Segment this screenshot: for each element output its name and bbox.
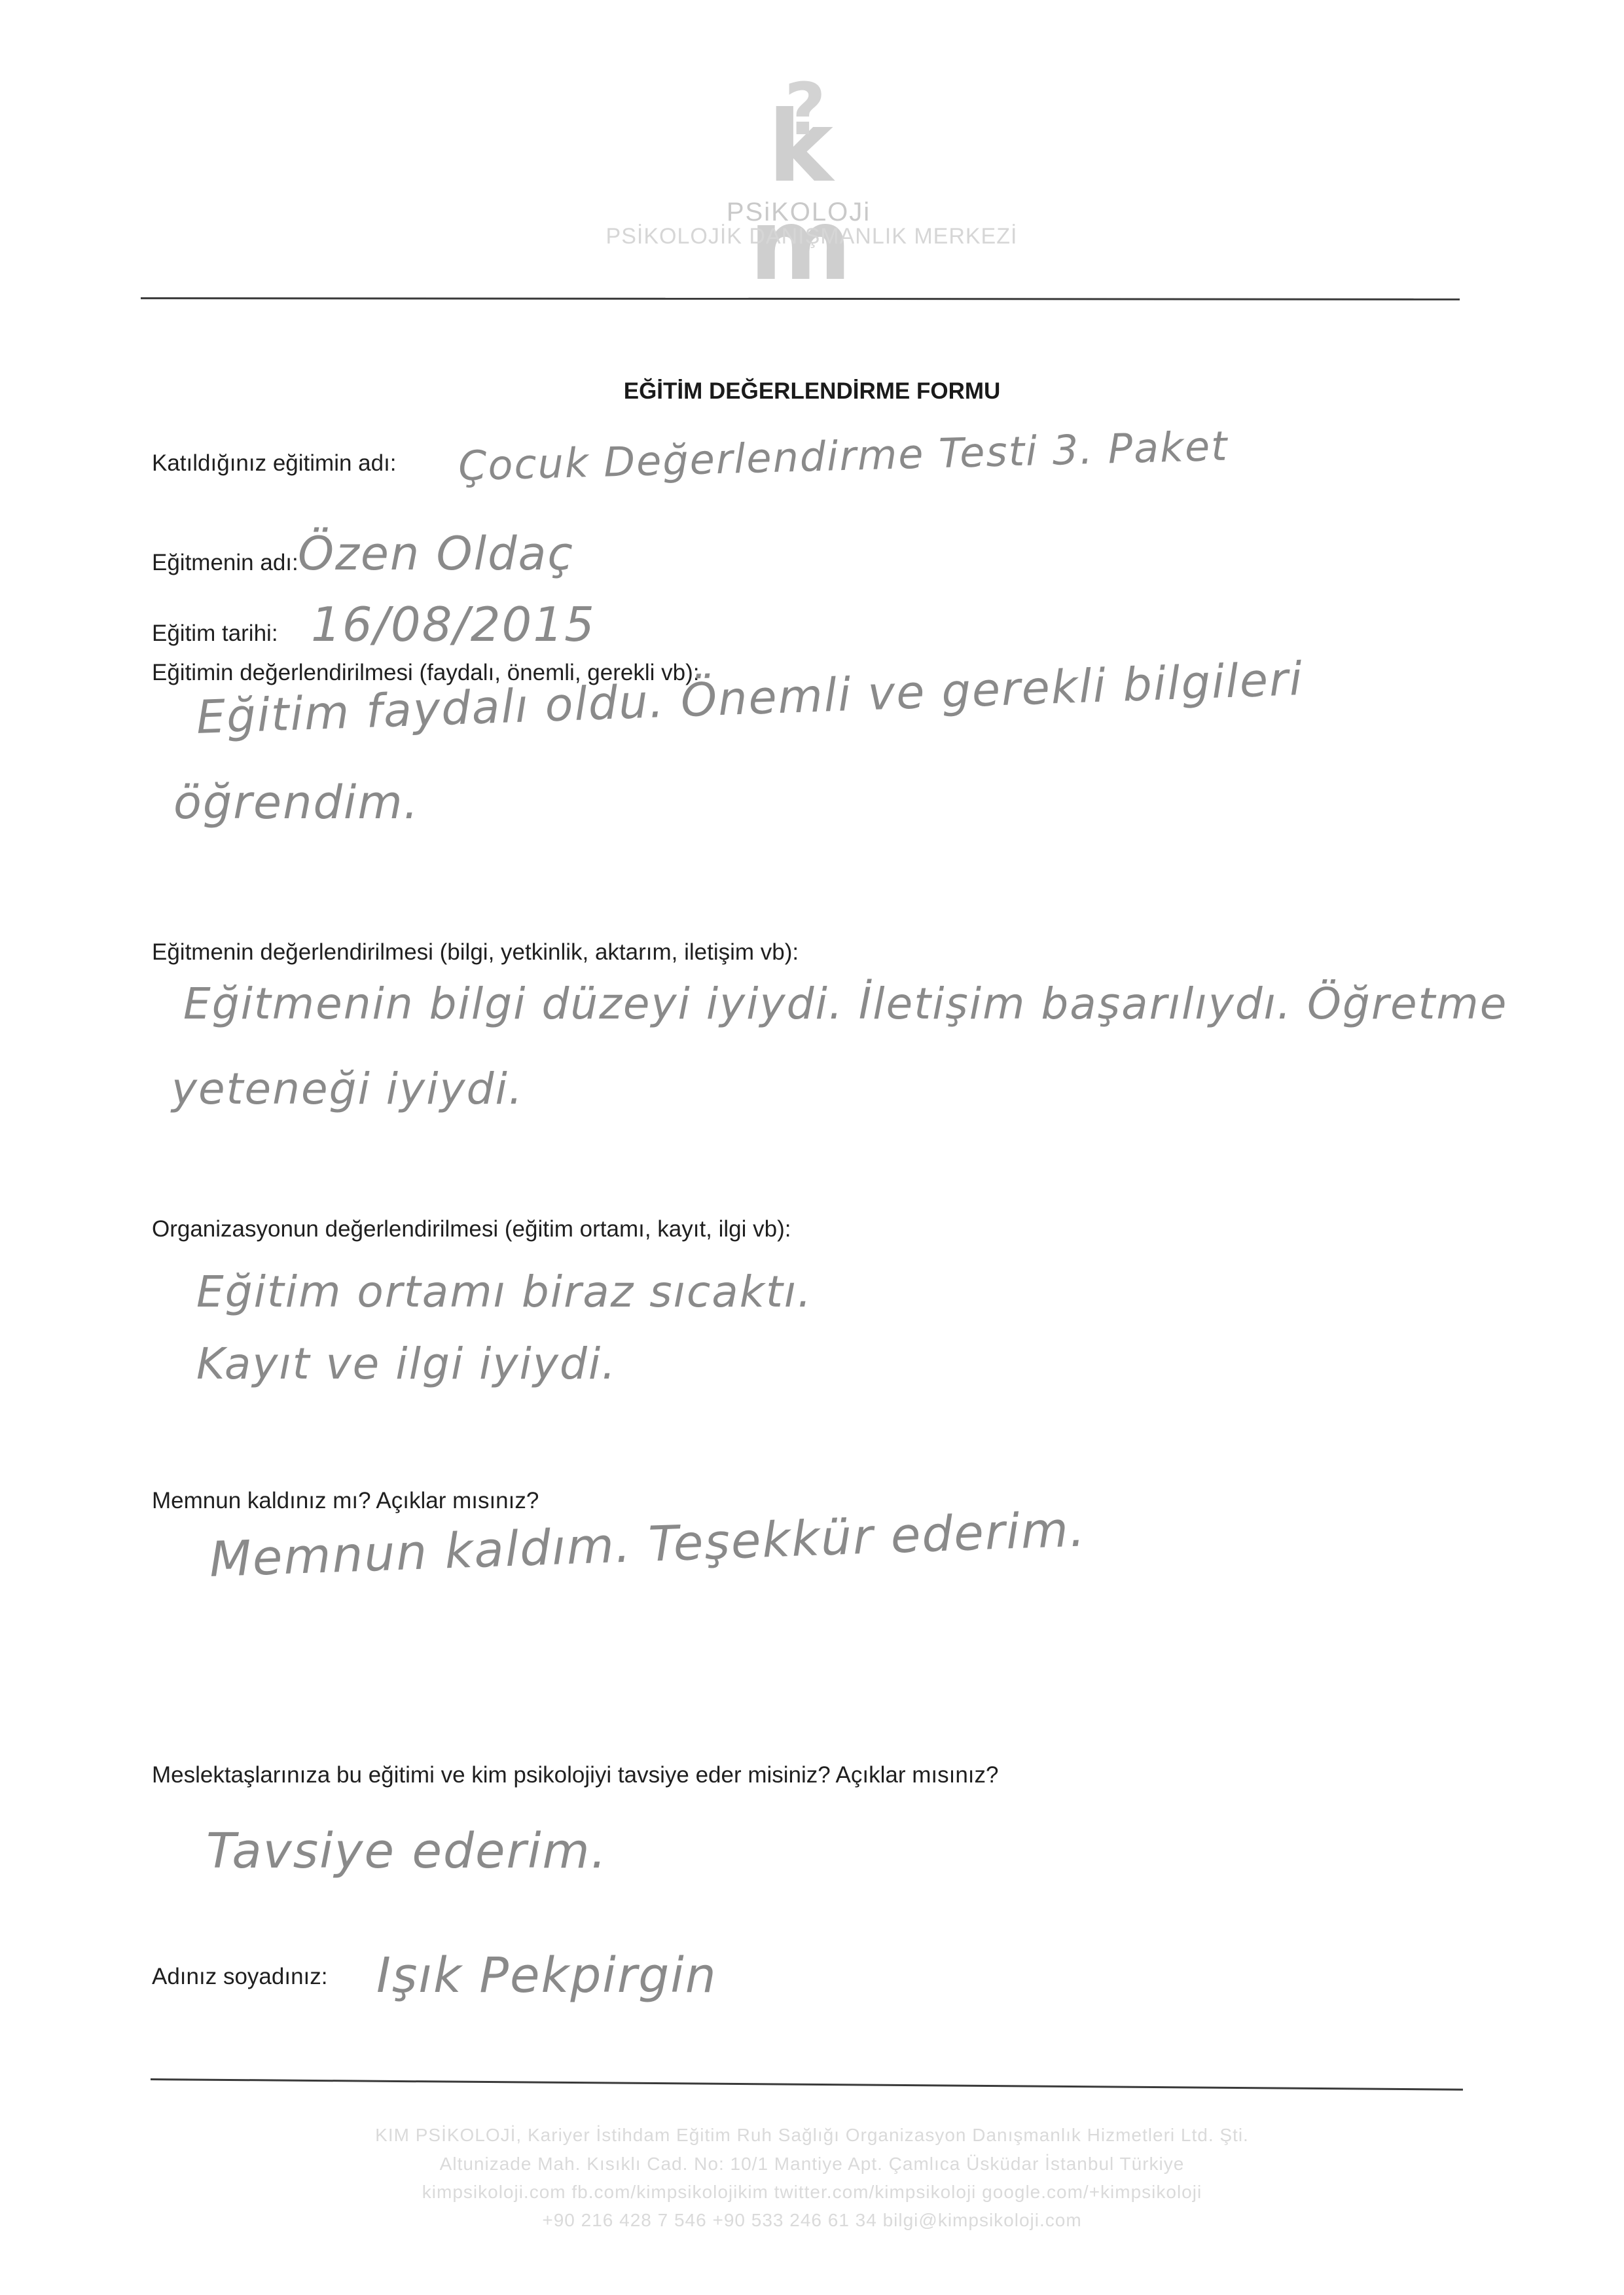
form-title: EĞİTİM DEĞERLENDİRME FORMU (0, 378, 1624, 405)
training-name-value[interactable]: Çocuk Değerlendirme Testi 3. Paket (458, 422, 1229, 490)
trainer-evaluation-line[interactable]: yeteneği iyiydi. (171, 1064, 524, 1114)
organization-evaluation-line[interactable]: Kayıt ve ilgi iyiydi. (196, 1339, 617, 1389)
training-date-value[interactable]: 16/08/2015 (311, 597, 596, 652)
training-evaluation-line[interactable]: öğrendim. (173, 776, 420, 829)
logo-name: PSiKOLOJi (694, 198, 903, 227)
trainer-evaluation-line[interactable]: Eğitmenin bilgi düzeyi iyiydi. İletişim … (183, 979, 1507, 1029)
logo-mark: k m ? (713, 98, 884, 295)
logo-question-icon: ? (784, 60, 822, 158)
organization-evaluation-line[interactable]: Eğitim ortamı biraz sıcaktı. (196, 1267, 812, 1317)
training-date-label: Eğitim tarihi: (152, 621, 278, 647)
satisfaction-line[interactable]: Memnun kaldım. Teşekkür ederim. (208, 1501, 1087, 1588)
participant-name-label: Adınız soyadınız: (152, 1964, 327, 1990)
recommendation-line[interactable]: Tavsiye ederim. (206, 1823, 607, 1879)
footer-divider (151, 2078, 1463, 2091)
footer-company: KIM PSİKOLOJİ, Kariyer İstihdam Eğitim R… (0, 2125, 1624, 2146)
participant-name-value[interactable]: Işık Pekpirgin (376, 1947, 717, 2004)
trainer-name-label: Eğitmenin adı: (152, 550, 298, 576)
logo-tagline: PSİKOLOJİK DANIŞMANLIK MERKEZİ (419, 224, 1204, 249)
satisfaction-label: Memnun kaldınız mı? Açıklar mısınız? (152, 1488, 539, 1514)
trainer-name-value[interactable]: Özen Oldaç (298, 527, 574, 581)
footer-address: Altunizade Mah. Kısıklı Cad. No: 10/1 Ma… (0, 2154, 1624, 2175)
recommendation-label: Meslektaşlarınıza bu eğitimi ve kim psik… (152, 1762, 999, 1788)
trainer-evaluation-label: Eğitmenin değerlendirilmesi (bilgi, yetk… (152, 939, 799, 966)
organization-evaluation-label: Organizasyonun değerlendirilmesi (eğitim… (152, 1216, 791, 1242)
footer-web: kimpsikoloji.com fb.com/kimpsikolojikim … (0, 2182, 1624, 2203)
training-name-label: Katıldığınız eğitimin adı: (152, 450, 397, 477)
footer-contact: +90 216 428 7 546 +90 533 246 61 34 bilg… (0, 2210, 1624, 2231)
